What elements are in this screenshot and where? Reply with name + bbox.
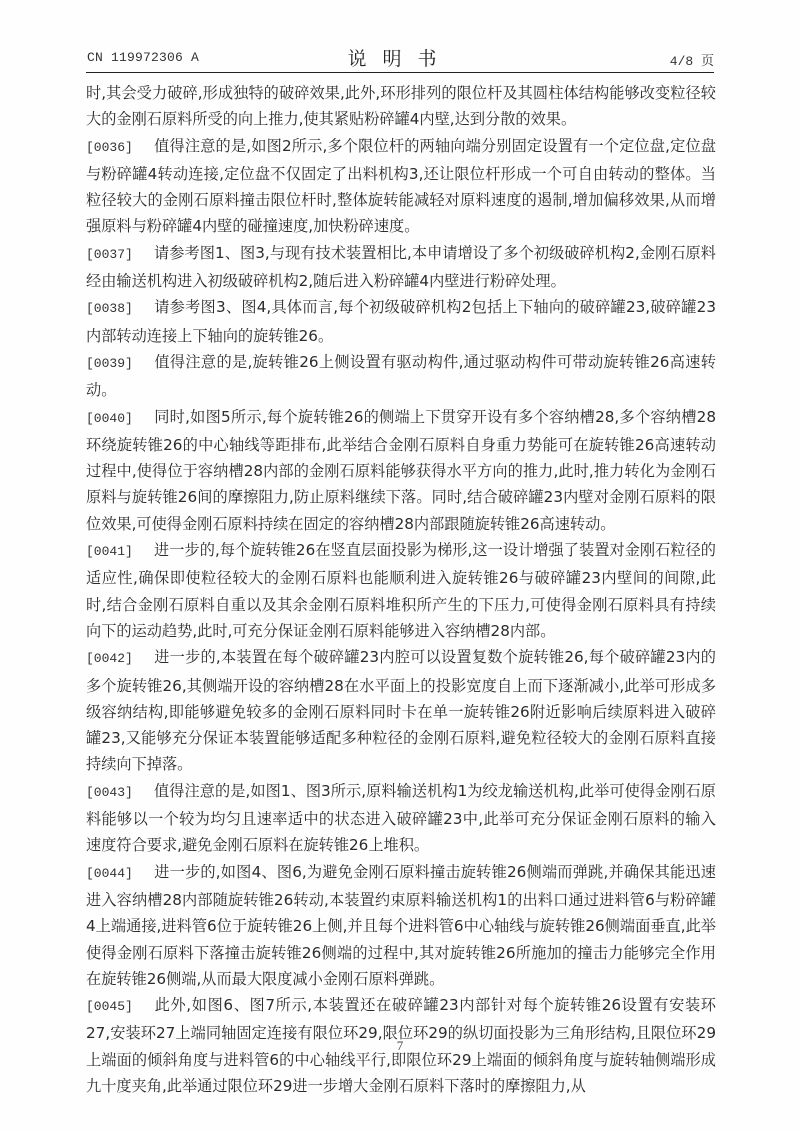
paragraph-number: [0036] bbox=[86, 135, 154, 161]
paragraph-number: [0044] bbox=[86, 861, 154, 887]
paragraph-0041: [0041]进一步的,每个旋转锥26在竖直层面投影为梯形,这一设计增强了装置对金… bbox=[86, 537, 716, 644]
paragraph-text: 进一步的,本装置在每个破碎罐23内腔可以设置复数个旋转锥26,每个破碎罐23内的… bbox=[86, 648, 716, 773]
paragraph-text: 进一步的,如图4、图6,为避免金刚石原料撞击旋转锥26侧端而弹跳,并确保其能迅速… bbox=[86, 863, 716, 988]
paragraph-text: 同时,如图5所示,每个旋转锥26的侧端上下贯穿开设有多个容纳槽28,多个容纳槽2… bbox=[86, 408, 716, 533]
paragraph-number: [0038] bbox=[86, 296, 154, 322]
paragraph-number: [0045] bbox=[86, 994, 154, 1020]
paragraph-0042: [0042]进一步的,本装置在每个破碎罐23内腔可以设置复数个旋转锥26,每个破… bbox=[86, 644, 716, 777]
paragraph-0039: [0039]值得注意的是,旋转锥26上侧设置有驱动构件,通过驱动构件可带动旋转锥… bbox=[86, 349, 716, 404]
page-number: 7 bbox=[0, 1038, 800, 1054]
header-divider bbox=[86, 72, 714, 73]
paragraph-text: 值得注意的是,如图2所示,多个限位杆的两轴向端分别固定设置有一个定位盘,定位盘与… bbox=[86, 137, 716, 236]
paragraph-number: [0043] bbox=[86, 780, 154, 806]
paragraph-0043: [0043]值得注意的是,如图1、图3所示,原料输送机构1为绞龙输送机构,此举可… bbox=[86, 778, 716, 859]
document-body: 时,其会受力破碎,形成独特的破碎效果,此外,环形排列的限位杆及其圆柱体结构能够改… bbox=[86, 80, 716, 1099]
paragraph-0040: [0040]同时,如图5所示,每个旋转锥26的侧端上下贯穿开设有多个容纳槽28,… bbox=[86, 404, 716, 537]
paragraph-number: [0037] bbox=[86, 242, 154, 268]
page-indicator: 4/8 页 bbox=[670, 50, 714, 69]
paragraph-0037: [0037]请参考图1、图3,与现有技术装置相比,本申请增设了多个初级破碎机构2… bbox=[86, 240, 716, 295]
paragraph-number: [0042] bbox=[86, 646, 154, 672]
paragraph-number: [0039] bbox=[86, 351, 154, 377]
paragraph-0038: [0038]请参考图3、图4,具体而言,每个初级破碎机构2包括上下轴向的破碎罐2… bbox=[86, 294, 716, 349]
paragraph-text: 时,其会受力破碎,形成独特的破碎效果,此外,环形排列的限位杆及其圆柱体结构能够改… bbox=[86, 84, 716, 128]
paragraph-text: 值得注意的是,旋转锥26上侧设置有驱动构件,通过驱动构件可带动旋转锥26高速转动… bbox=[86, 353, 716, 399]
paragraph-text: 请参考图1、图3,与现有技术装置相比,本申请增设了多个初级破碎机构2,金刚石原料… bbox=[86, 244, 716, 290]
paragraph-0044: [0044]进一步的,如图4、图6,为避免金刚石原料撞击旋转锥26侧端而弹跳,并… bbox=[86, 859, 716, 992]
document-page: CN 119972306 A 说明书 4/8 页 时,其会受力破碎,形成独特的破… bbox=[0, 0, 800, 1131]
paragraph-number: [0041] bbox=[86, 539, 154, 565]
paragraph-text: 请参考图3、图4,具体而言,每个初级破碎机构2包括上下轴向的破碎罐23,破碎罐2… bbox=[86, 298, 716, 344]
paragraph-number: [0040] bbox=[86, 406, 154, 432]
paragraph-continuation: 时,其会受力破碎,形成独特的破碎效果,此外,环形排列的限位杆及其圆柱体结构能够改… bbox=[86, 80, 716, 133]
paragraph-text: 值得注意的是,如图1、图3所示,原料输送机构1为绞龙输送机构,此举可使得金刚石原… bbox=[86, 782, 716, 855]
paragraph-text: 进一步的,每个旋转锥26在竖直层面投影为梯形,这一设计增强了装置对金刚石粒径的适… bbox=[86, 541, 716, 640]
paragraph-0036: [0036]值得注意的是,如图2所示,多个限位杆的两轴向端分别固定设置有一个定位… bbox=[86, 133, 716, 240]
